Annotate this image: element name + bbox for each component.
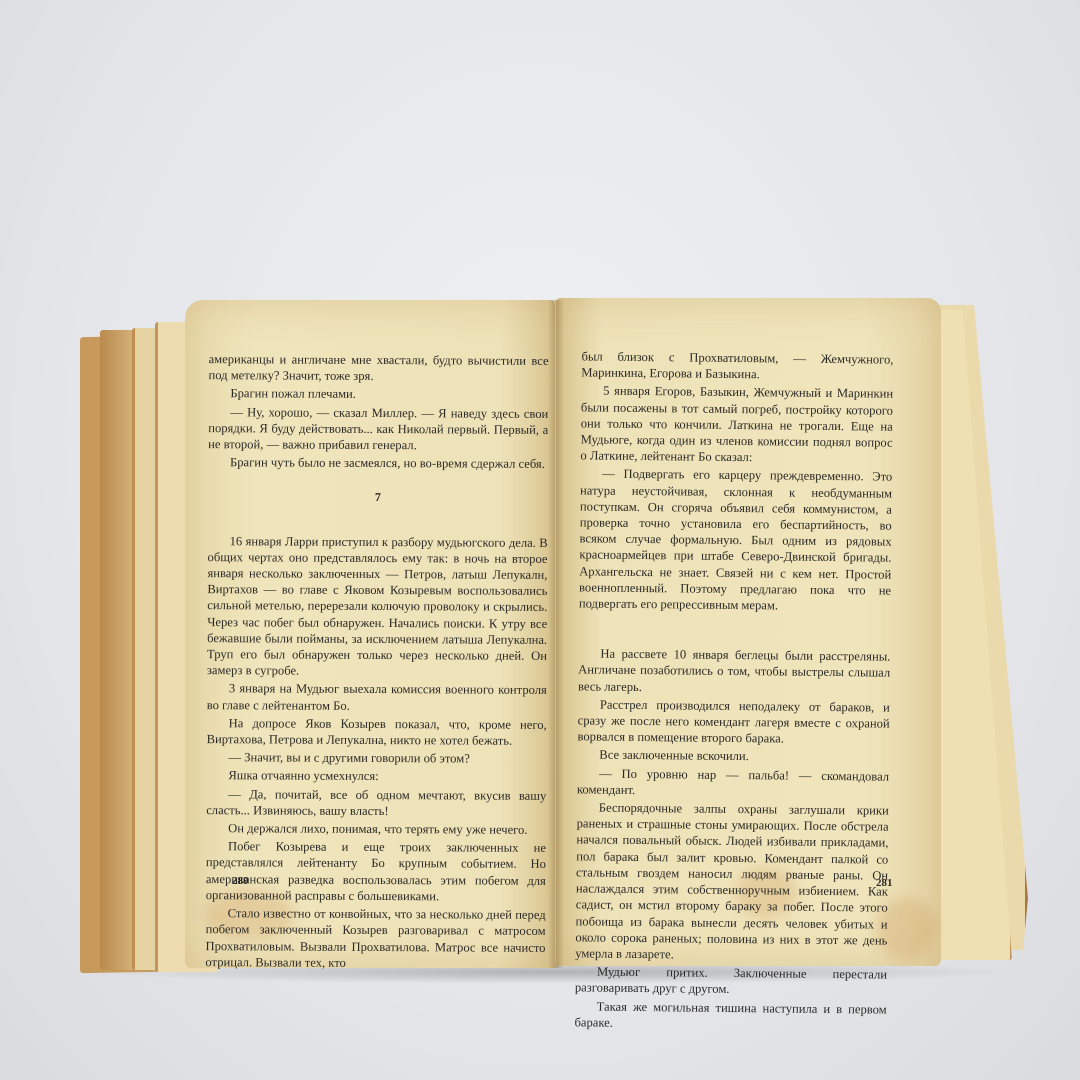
paragraph: Яшка отчаянно усмехнулся: bbox=[206, 768, 546, 786]
paragraph: Брагин пожал плечами. bbox=[208, 386, 548, 404]
paragraph: американцы и англичане мне хвастали, буд… bbox=[208, 351, 548, 385]
paragraph: — Да, почитай, все об одном мечтают, вку… bbox=[206, 786, 546, 820]
paragraph: 5 января Егоров, Базыкин, Жемчужный и Ма… bbox=[580, 383, 893, 467]
paragraph: 16 января Ларри приступил к разбору мудь… bbox=[207, 533, 548, 681]
paragraph: — Значит, вы и с другими говорили об это… bbox=[206, 749, 546, 767]
paragraph: — Ну, хорошо, — сказал Миллер. — Я навед… bbox=[208, 404, 548, 454]
paragraph: Стало известно от конвойных, что за неск… bbox=[205, 905, 545, 972]
paragraph: Все заключенные вскочили. bbox=[577, 747, 889, 766]
right-page-number: 281 bbox=[876, 877, 893, 889]
paragraph: был близок с Прохватиловым, — Жемчужного… bbox=[581, 348, 893, 384]
paragraph: Побег Козырева и еще троих заключенных н… bbox=[206, 838, 546, 905]
paragraph: Он держался лихо, понимая, что терять ем… bbox=[206, 820, 546, 838]
paragraph: Мудьюг притих. Заключенные перестали раз… bbox=[575, 963, 887, 999]
paragraph: На допросе Яков Козырев показал, что, кр… bbox=[207, 715, 547, 749]
chapter-section-number: 7 bbox=[208, 489, 548, 507]
paragraph: Беспорядочные залпы охраны заглушали кри… bbox=[575, 799, 889, 964]
left-page-text: американцы и англичане мне хвастали, буд… bbox=[205, 351, 548, 974]
paragraph: Такая же могильная тишина наступила и в … bbox=[574, 998, 886, 1034]
section-break bbox=[578, 614, 890, 649]
paragraph: — По уровню нар — пальба! — скомандовал … bbox=[577, 765, 889, 801]
paragraph: 3 января на Мудьюг выехала комиссия воен… bbox=[207, 681, 547, 715]
paragraph: Брагин чуть было не засмеялся, но во-вре… bbox=[208, 454, 548, 472]
right-page-text: был близок с Прохватиловым, — Жемчужного… bbox=[574, 348, 893, 1035]
paragraph: На рассвете 10 января беглецы были расст… bbox=[578, 646, 890, 698]
left-page-number: 280 bbox=[232, 875, 249, 887]
book-gutter bbox=[548, 300, 564, 968]
paragraph: — Подвергать его карцеру преждевременно.… bbox=[579, 466, 893, 615]
paragraph: Расстрел производился неподалеку от бара… bbox=[577, 696, 889, 748]
